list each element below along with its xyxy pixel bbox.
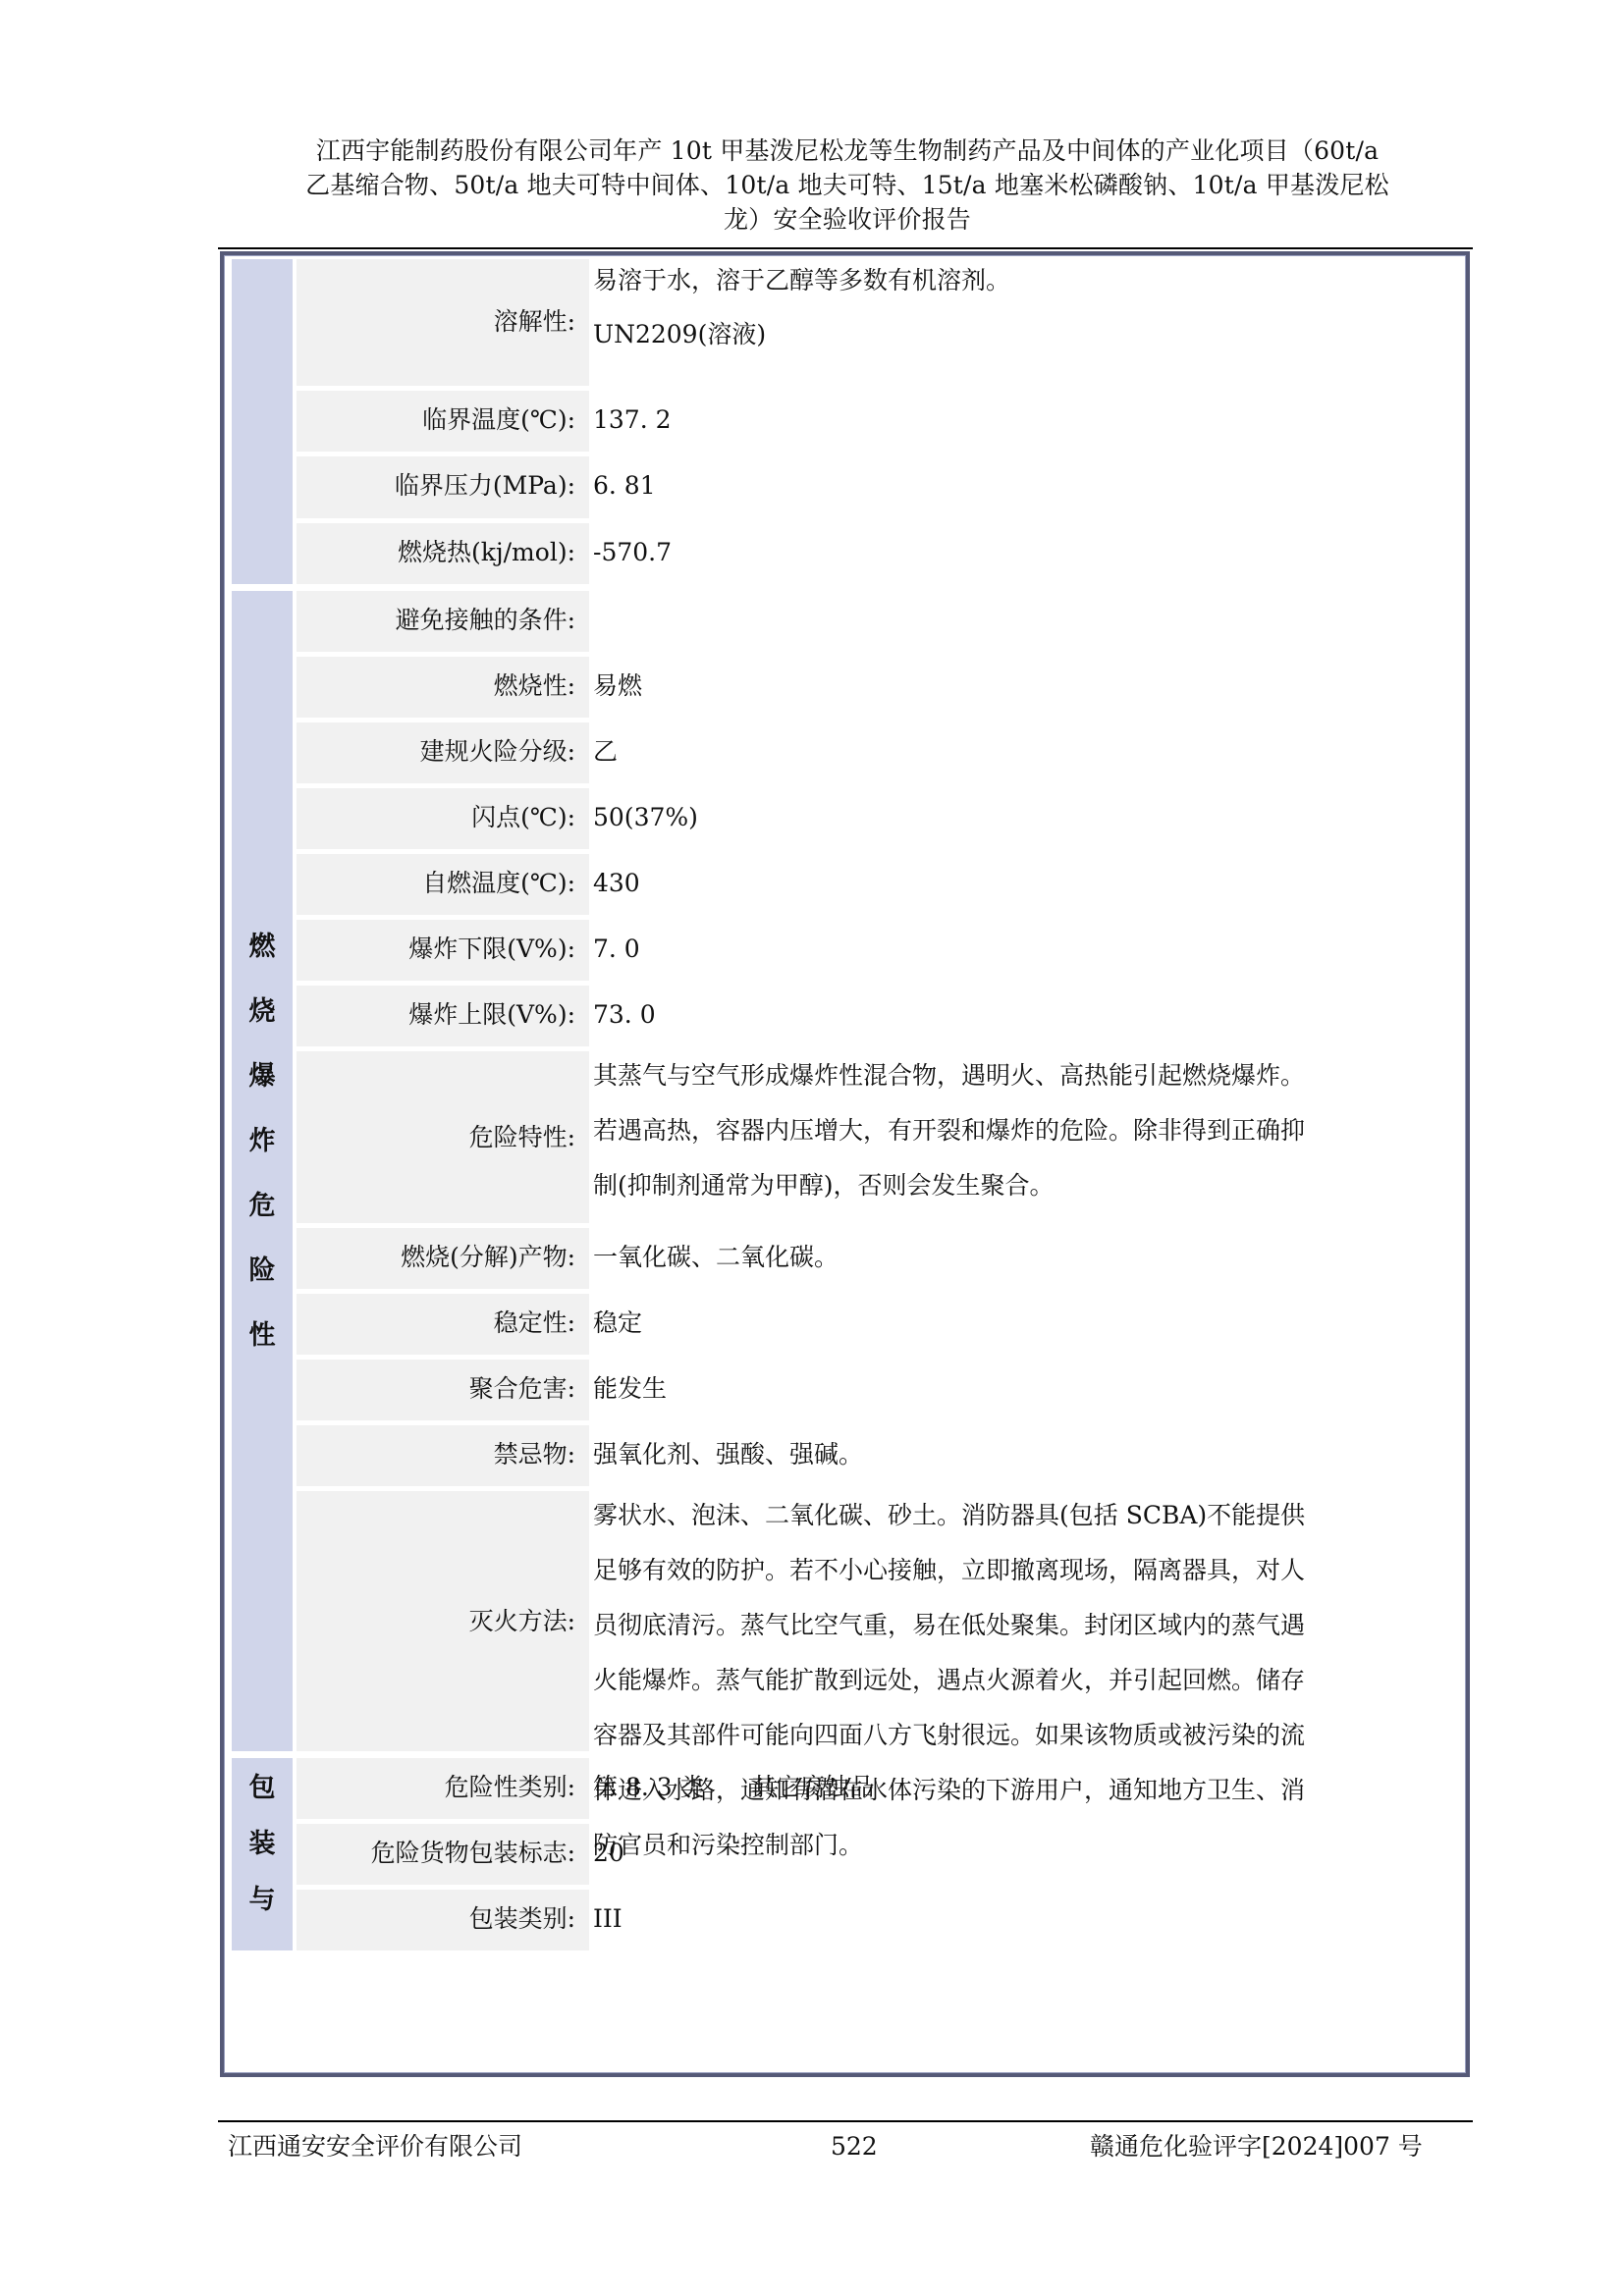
footer-page-number: 522 [831, 2130, 878, 2163]
table-row: 临界温度(℃):137. 2 [297, 391, 1458, 457]
table-row: 临界压力(MPa):6. 81 [297, 456, 1458, 523]
value-line: 火能爆炸。蒸气能扩散到远处，遇点火源着火，并引起回燃。储存 [593, 1658, 1458, 1713]
property-label: 临界压力(MPa): [297, 456, 589, 518]
table-row: 燃烧性:易燃 [297, 657, 1458, 722]
section-title-char: 装 [232, 1816, 293, 1872]
property-value: 乙 [593, 722, 1458, 783]
property-label: 爆炸上限(V%): [297, 986, 589, 1046]
property-label: 聚合危害: [297, 1360, 589, 1420]
section-title-char: 爆 [232, 1044, 293, 1109]
property-value: 易燃 [593, 657, 1458, 718]
table-row: 自燃温度(℃):430 [297, 854, 1458, 920]
header-title-line: 龙）安全验收评价报告 [224, 202, 1471, 237]
property-label: 稳定性: [297, 1294, 589, 1355]
section-title-char: 烧 [232, 980, 293, 1044]
value-line: 足够有效的防护。若不小心接触，立即撤离现场，隔离器具，对人 [593, 1548, 1458, 1603]
property-value: 稳定 [593, 1294, 1458, 1355]
property-value: 50(37%) [593, 788, 1458, 849]
property-label: 避免接触的条件: [297, 591, 589, 652]
property-value: 20 [593, 1824, 1458, 1885]
value-line: 制(抑制剂通常为甲醇)，否则会发生聚合。 [593, 1163, 1458, 1218]
table-row: 稳定性:稳定 [297, 1294, 1458, 1360]
table-row: 闪点(℃):50(37%) [297, 788, 1458, 854]
property-label: 闪点(℃): [297, 788, 589, 849]
property-value: 73. 0 [593, 986, 1458, 1046]
footer-doc-number: 赣通危化验评字[2024]007 号 [1090, 2130, 1423, 2163]
property-label: 临界温度(℃): [297, 391, 589, 453]
section-column: 燃烧爆炸危险性 [232, 591, 293, 1751]
property-value: 430 [593, 854, 1458, 915]
table-row: 建规火险分级:乙 [297, 722, 1458, 788]
table-row: 爆炸上限(V%):73. 0 [297, 986, 1458, 1051]
value-line: 易溶于水，溶于乙醇等多数有机溶剂。 [593, 261, 1458, 315]
footer-divider [218, 2120, 1473, 2122]
chemical-properties-table: 溶解性:易溶于水，溶于乙醇等多数有机溶剂。UN2209(溶液)临界温度(℃):1… [220, 251, 1470, 2077]
property-label: 灭火方法: [297, 1491, 589, 1751]
property-value: 易溶于水，溶于乙醇等多数有机溶剂。UN2209(溶液) [593, 259, 1458, 386]
property-label: 包装类别: [297, 1890, 589, 1950]
property-label: 燃烧(分解)产物: [297, 1228, 589, 1289]
section-column: 包装与 [232, 1758, 293, 1950]
table-row: 危险性类别:第 8. 3 类 其它腐蚀品 [297, 1758, 1458, 1824]
header-title-line: 江西宇能制药股份有限公司年产 10t 甲基泼尼松龙等生物制药产品及中间体的产业化… [224, 133, 1471, 168]
property-value: 雾状水、泡沫、二氧化碳、砂土。消防器具(包括 SCBA)不能提供足够有效的防护。… [593, 1491, 1458, 1751]
property-value: 一氧化碳、二氧化碳。 [593, 1228, 1458, 1289]
property-label: 危险特性: [297, 1051, 589, 1223]
table-row: 避免接触的条件: [297, 591, 1458, 657]
table-row: 燃烧热(kj/mol):-570.7 [297, 523, 1458, 590]
report-header: 江西宇能制药股份有限公司年产 10t 甲基泼尼松龙等生物制药产品及中间体的产业化… [224, 133, 1471, 237]
section-title-char: 包 [232, 1760, 293, 1816]
property-value: III [593, 1890, 1458, 1950]
table-row: 溶解性:易溶于水，溶于乙醇等多数有机溶剂。UN2209(溶液) [297, 259, 1458, 391]
property-label: 禁忌物: [297, 1425, 589, 1486]
table-row: 燃烧(分解)产物:一氧化碳、二氧化碳。 [297, 1228, 1458, 1294]
property-value: 7. 0 [593, 920, 1458, 981]
section-title-char: 性 [232, 1304, 293, 1368]
section-title-char: 燃 [232, 915, 293, 980]
table-row: 灭火方法:雾状水、泡沫、二氧化碳、砂土。消防器具(包括 SCBA)不能提供足够有… [297, 1491, 1458, 1756]
section-title-char: 与 [232, 1872, 293, 1928]
table-row: 危险特性:其蒸气与空气形成爆炸性混合物，遇明火、高热能引起燃烧爆炸。若遇高热，容… [297, 1051, 1458, 1228]
property-value: 其蒸气与空气形成爆炸性混合物，遇明火、高热能引起燃烧爆炸。若遇高热，容器内压增大… [593, 1051, 1458, 1223]
table-row: 危险货物包装标志:20 [297, 1824, 1458, 1890]
value-line: 雾状水、泡沫、二氧化碳、砂土。消防器具(包括 SCBA)不能提供 [593, 1493, 1458, 1548]
footer-company: 江西通安安全评价有限公司 [228, 2130, 522, 2163]
property-label: 爆炸下限(V%): [297, 920, 589, 981]
value-line: UN2209(溶液) [593, 315, 1458, 369]
property-label: 危险性类别: [297, 1758, 589, 1819]
value-line: 其蒸气与空气形成爆炸性混合物，遇明火、高热能引起燃烧爆炸。 [593, 1053, 1458, 1108]
section-title-char: 危 [232, 1174, 293, 1239]
section-title-char: 险 [232, 1239, 293, 1304]
value-line: 若遇高热，容器内压增大，有开裂和爆炸的危险。除非得到正确抑 [593, 1108, 1458, 1163]
value-line: 员彻底清污。蒸气比空气重，易在低处聚集。封闭区域内的蒸气遇 [593, 1603, 1458, 1658]
property-label: 建规火险分级: [297, 722, 589, 783]
property-value: 第 8. 3 类 其它腐蚀品 [593, 1758, 1458, 1819]
property-value [593, 591, 1458, 652]
property-value: 强氧化剂、强酸、强碱。 [593, 1425, 1458, 1486]
property-value: 137. 2 [593, 391, 1458, 453]
property-label: 溶解性: [297, 259, 589, 386]
table-row: 包装类别:III [297, 1890, 1458, 1955]
property-value: -570.7 [593, 523, 1458, 585]
property-label: 自燃温度(℃): [297, 854, 589, 915]
property-value: 6. 81 [593, 456, 1458, 518]
section-column [232, 259, 293, 584]
header-title-line: 乙基缩合物、50t/a 地夫可特中间体、10t/a 地夫可特、15t/a 地塞米… [224, 168, 1471, 202]
table-row: 爆炸下限(V%):7. 0 [297, 920, 1458, 986]
property-label: 燃烧性: [297, 657, 589, 718]
table-row: 聚合危害:能发生 [297, 1360, 1458, 1425]
property-label: 危险货物包装标志: [297, 1824, 589, 1885]
header-divider [218, 247, 1473, 249]
section-title-char: 炸 [232, 1109, 293, 1174]
table-row: 禁忌物:强氧化剂、强酸、强碱。 [297, 1425, 1458, 1491]
property-value: 能发生 [593, 1360, 1458, 1420]
property-label: 燃烧热(kj/mol): [297, 523, 589, 585]
